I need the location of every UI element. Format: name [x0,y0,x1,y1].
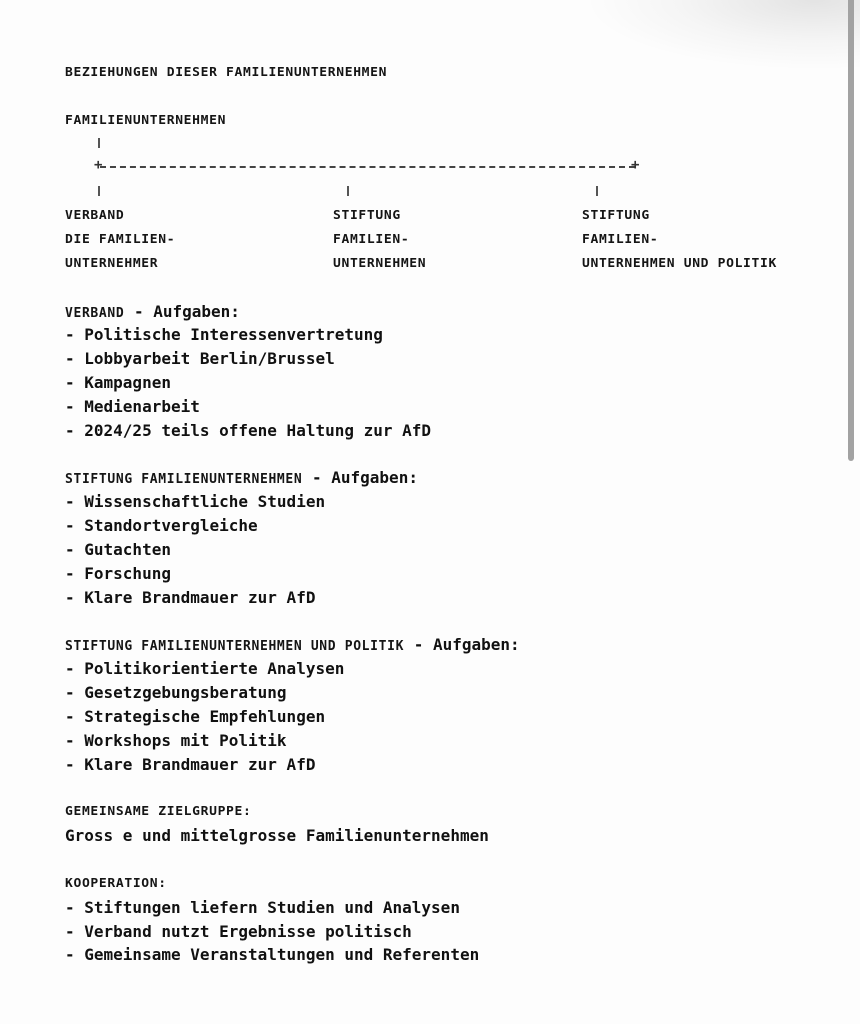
section-heading: KOOPERATION: [65,874,167,893]
list-item: - Gemeinsame Veranstaltungen und Referen… [65,945,479,965]
list-item: - Klare Brandmauer zur AfD [65,588,315,608]
branch-label-line: DIE FAMILIEN- [65,230,175,249]
section-heading: VERBAND - Aufgaben: [65,302,240,322]
branch-connector-1 [98,186,100,196]
list-item: - Gesetzgebungsberatung [65,683,287,703]
branch-connector-2 [347,186,349,196]
list-item: - Politische Interessenvertretung [65,325,383,345]
branch-label-line: FAMILIEN- [582,230,658,249]
branch-connector-3 [596,186,598,196]
target-group-text: Gross e und mittelgrosse Familienunterne… [65,826,489,846]
branch-line [100,166,635,168]
section-heading: GEMEINSAME ZIELGRUPPE: [65,803,252,822]
branch-junction-left: + [94,162,101,169]
list-item: - Politikorientierte Analysen [65,659,344,679]
section-heading-caps: STIFTUNG FAMILIENUNTERNEHMEN [65,472,302,487]
branch-label-line: UNTERNEHMER [65,254,158,273]
list-item: - Verband nutzt Ergebnisse politisch [65,922,412,942]
list-item: - Wissenschaftliche Studien [65,492,325,512]
list-item: - Stiftungen liefern Studien und Analyse… [65,898,460,918]
list-item: - Strategische Empfehlungen [65,707,325,727]
branch-label-line: STIFTUNG [582,207,650,226]
branch-label-line: UNTERNEHMEN UND POLITIK [582,254,777,273]
list-item: - Forschung [65,564,171,584]
section-heading: STIFTUNG FAMILIENUNTERNEHMEN UND POLITIK… [65,635,520,655]
section-heading: STIFTUNG FAMILIENUNTERNEHMEN - Aufgaben: [65,468,418,488]
branch-label-line: VERBAND [65,207,124,226]
list-item: - Klare Brandmauer zur AfD [65,755,315,775]
branch-label-line: FAMILIEN- [333,230,409,249]
list-item: - Medienarbeit [65,397,200,417]
branch-junction-right: + [631,162,638,169]
document-title: BEZIEHUNGEN DIESER FAMILIENUNTERNEHMEN [65,64,387,83]
branch-label-line: UNTERNEHMEN [333,254,426,273]
section-heading-suffix: - Aufgaben: [302,468,418,487]
tree-root-label: FAMILIENUNTERNEHMEN [65,111,226,130]
section-heading-suffix: - Aufgaben: [404,635,520,654]
section-heading-suffix: - Aufgaben: [124,302,240,321]
list-item: - Lobbyarbeit Berlin/Brussel [65,349,335,369]
list-item: - Workshops mit Politik [65,731,287,751]
document-body: BEZIEHUNGEN DIESER FAMILIENUNTERNEHMEN F… [65,0,845,1024]
branch-label-line: STIFTUNG [333,207,401,226]
scrollbar-thumb[interactable] [848,0,854,461]
list-item: - 2024/25 teils offene Haltung zur AfD [65,421,431,441]
document-page: BEZIEHUNGEN DIESER FAMILIENUNTERNEHMEN F… [0,0,860,1024]
vertical-scrollbar[interactable] [846,0,856,1024]
section-heading-caps: VERBAND [65,306,124,321]
list-item: - Standortvergleiche [65,516,258,536]
section-heading-caps: STIFTUNG FAMILIENUNTERNEHMEN UND POLITIK [65,639,404,654]
list-item: - Kampagnen [65,373,171,393]
root-connector [98,138,100,148]
list-item: - Gutachten [65,540,171,560]
